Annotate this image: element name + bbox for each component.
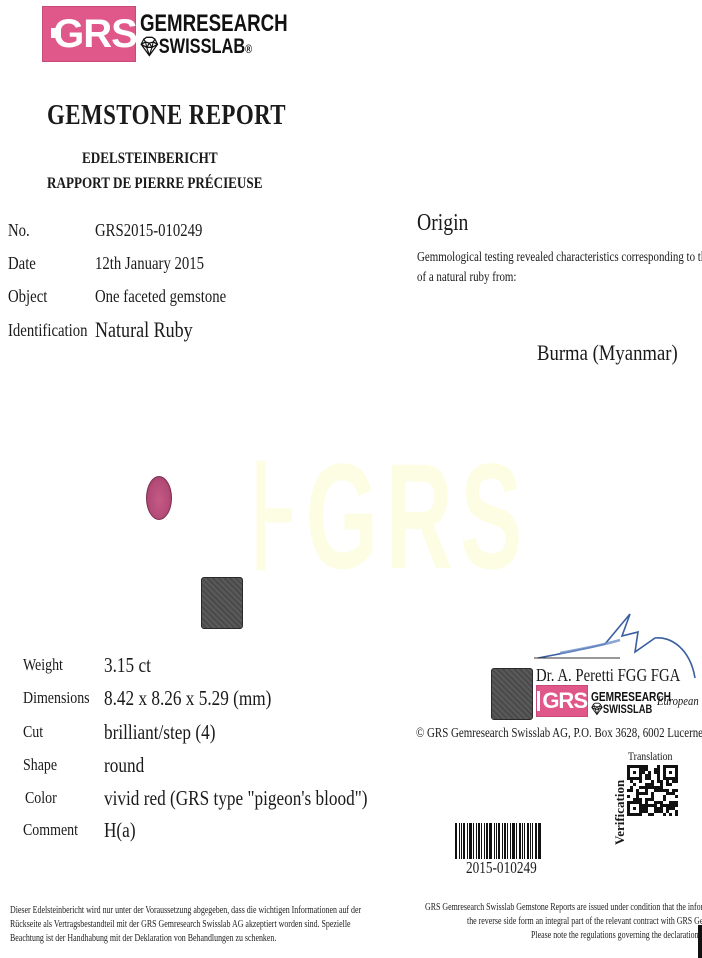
- report-subtitle-de: EDELSTEINBERICHT: [82, 150, 218, 168]
- logo-line-gemresearch: GEMRESEARCH: [140, 12, 288, 36]
- origin-title: Origin: [417, 210, 468, 237]
- field-label: Identification: [8, 320, 88, 341]
- barcode: [455, 823, 545, 859]
- property-label: Comment: [23, 820, 78, 840]
- grs-logo-badge: GRS: [42, 6, 136, 62]
- property-value: brilliant/step (4): [104, 720, 215, 745]
- logo-line-swisslab: 💎︎SWISSLAB®: [140, 36, 288, 58]
- barcode-number: 2015-010249: [466, 858, 537, 878]
- property-value: H(a): [104, 818, 136, 843]
- page-edge: [698, 925, 702, 958]
- swiss-cross-small-icon: [537, 691, 540, 711]
- property-label: Shape: [23, 755, 57, 775]
- property-value: 3.15 ct: [104, 653, 151, 678]
- signature-seal-stamp: [491, 668, 533, 720]
- gemstone-photo: [146, 476, 172, 520]
- origin-text-line2: of a natural ruby from:: [417, 268, 516, 288]
- field-value: One faceted gemstone: [95, 286, 226, 307]
- seal-stamp: [201, 577, 243, 629]
- report-subtitle-fr: RAPPORT DE PIERRE PRÉCIEUSE: [47, 175, 262, 193]
- diamond-small-icon: 💎︎: [591, 702, 603, 716]
- grs-watermark: ⊦GRS: [250, 430, 530, 604]
- property-label: Dimensions: [23, 688, 90, 708]
- signatory-name: Dr. A. Peretti FGG FGA: [536, 665, 680, 686]
- property-label: Weight: [23, 655, 63, 675]
- property-value: vivid red (GRS type "pigeon's blood"): [104, 786, 367, 811]
- field-label: No.: [8, 220, 30, 241]
- diamond-icon: 💎︎: [140, 37, 159, 58]
- property-value: round: [104, 753, 144, 778]
- watermark-cross-icon: ⊦: [250, 432, 306, 600]
- field-label: Date: [8, 253, 36, 274]
- field-value: GRS2015-010249: [95, 220, 202, 241]
- report-title: GEMSTONE REPORT: [47, 100, 286, 132]
- copyright-address: © GRS Gemresearch Swisslab AG, P.O. Box …: [416, 726, 702, 742]
- property-label: Color: [25, 788, 57, 808]
- qr-verification-label: Verification: [612, 780, 628, 845]
- disclaimer-en: GRS Gemresearch Swisslab Gemstone Report…: [425, 900, 702, 942]
- qr-code[interactable]: [627, 765, 678, 816]
- field-value: 12th January 2015: [95, 253, 204, 274]
- property-label: Cut: [23, 722, 43, 742]
- grs-logo: GRS GEMRESEARCH 💎︎SWISSLAB®: [42, 6, 329, 62]
- field-value: Natural Ruby: [95, 317, 193, 343]
- origin-country: Burma (Myanmar): [537, 340, 678, 366]
- grs-logo-brand: GRS: [53, 12, 137, 57]
- european-label: European: [657, 693, 699, 709]
- property-value: 8.42 x 8.26 x 5.29 (mm): [104, 686, 271, 711]
- grs-logo-small-badge: GRS: [536, 685, 588, 717]
- qr-translation-label: Translation: [628, 749, 672, 764]
- field-label: Object: [8, 286, 47, 307]
- origin-text-line1: Gemmological testing revealed characteri…: [417, 248, 702, 268]
